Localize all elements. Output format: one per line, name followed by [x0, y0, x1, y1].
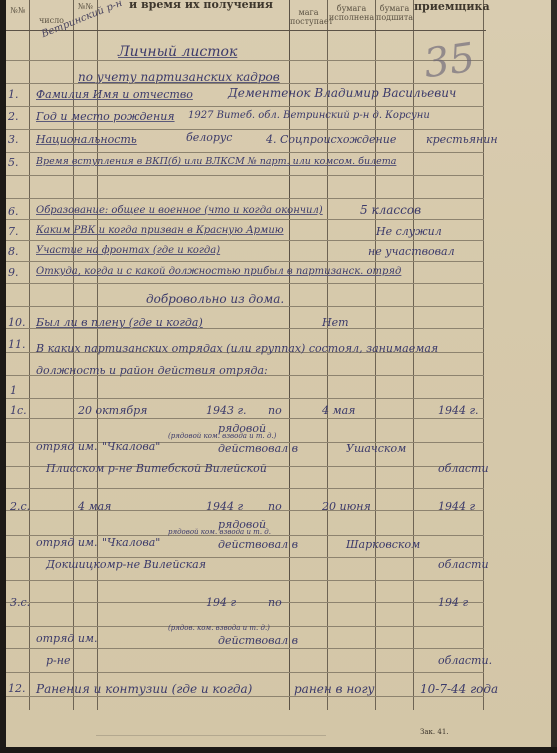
- field-value-social-origin: крестьянин: [426, 133, 498, 146]
- service-from-day: 20 октября: [78, 404, 147, 417]
- ruled-line: [6, 261, 484, 262]
- service-to-word: по: [268, 404, 282, 417]
- header-col-enters: мага поступает: [290, 8, 327, 26]
- field-label-captivity: Был ли в плену (где и когда): [36, 316, 203, 329]
- service-to-day: 20 июня: [322, 500, 371, 513]
- field-number: 3.: [8, 133, 19, 146]
- ruled-line: [6, 306, 484, 307]
- service-marker: 3.с.: [10, 596, 30, 609]
- service-to-word: по: [268, 500, 282, 513]
- header-col-title: и время их получения: [126, 0, 276, 9]
- document-page: №№ число №№ и время их получения мага по…: [6, 0, 551, 748]
- field-value-birth: 1927 Витеб. обл. Ветринский р-н д. Корсу…: [188, 110, 430, 121]
- field-number: 10.: [8, 316, 26, 329]
- field-value-fullname: Дементенок Владимир Васильевич: [228, 86, 456, 100]
- faint-rule: [96, 735, 326, 736]
- field-label-nationality: Национальность: [36, 133, 137, 146]
- ruled-line: [6, 418, 484, 419]
- scan-left-border: [0, 0, 6, 753]
- document-subtitle: по учету партизанских кадров: [78, 70, 280, 84]
- ruled-line: [6, 129, 484, 130]
- field-value-fronts: не участвовал: [368, 245, 455, 258]
- service-position-hint: рядовой ком. взвода и т. д.: [168, 528, 271, 536]
- field-value-conscription: Не служил: [376, 225, 442, 238]
- ruled-line: [6, 648, 484, 649]
- service-area-district: Ушачском: [346, 442, 406, 455]
- scan-right-border: [551, 0, 557, 753]
- field-number: 7.: [8, 225, 19, 238]
- service-area-region: Докшицкомр-не Вилейская: [46, 558, 206, 571]
- header-col-filed: бумага подшита: [376, 4, 413, 22]
- field-value-wounds-date: 10-7-44 года: [420, 682, 498, 696]
- service-acted-in: действовал в: [218, 538, 298, 551]
- service-to-day: 4 мая: [322, 404, 355, 417]
- service-area-district: Шарковском: [346, 538, 420, 551]
- field-number: 9.: [8, 266, 19, 279]
- service-to-year: 194 г: [438, 596, 468, 609]
- field-number: 1.: [8, 88, 19, 101]
- order-number: Зак. 41.: [420, 728, 449, 736]
- service-unit-prefix: отряд им.: [36, 632, 98, 645]
- field-label-wounds: Ранения и контузии (где и когда): [36, 682, 252, 696]
- field-number: 11.: [8, 338, 26, 351]
- service-to-year: 1944 г.: [438, 404, 479, 417]
- field-label-conscription: Каким РВК и когда призван в Красную Арми…: [36, 225, 284, 236]
- header-col-number: №№: [8, 6, 28, 15]
- service-marker: 1с.: [10, 404, 27, 417]
- service-acted-in: действовал в: [218, 634, 298, 647]
- field-value-captivity: Нет: [322, 316, 349, 329]
- field-label-detachments: В каких партизанских отрядах (или группа…: [36, 338, 496, 382]
- service-from-year: 1943 г.: [206, 404, 247, 417]
- field-label-arrival: Откуда, когда и с какой должностью прибы…: [36, 266, 401, 277]
- ruled-line: [6, 240, 484, 241]
- header-col-receiver: приемщика: [414, 2, 483, 11]
- field-number: 6.: [8, 205, 19, 218]
- header-divider: [6, 30, 486, 31]
- ruled-line: [6, 175, 484, 176]
- service-to-word: по: [268, 596, 282, 609]
- ruled-line: [6, 198, 484, 199]
- service-area-region: Плисском р-не Витебской Вилейской: [46, 462, 267, 475]
- ruled-line: [6, 283, 484, 284]
- service-from-year: 194 г: [206, 596, 236, 609]
- service-marker: 2.с.: [10, 500, 30, 513]
- service-unit-prefix: отряд им.: [36, 440, 98, 453]
- scan-bottom-border: [0, 747, 557, 753]
- ruled-line: [6, 580, 484, 581]
- service-oblast: области: [438, 558, 489, 571]
- field-label-education: Образование: общее и военное (что и когд…: [36, 205, 323, 216]
- field-value-education: 5 классов: [360, 203, 421, 217]
- service-acted-in: действовал в: [218, 442, 298, 455]
- ruled-line: [6, 488, 484, 489]
- service-oblast: области: [438, 462, 489, 475]
- service-from-day: 4 мая: [78, 500, 111, 513]
- ruled-line: [6, 398, 484, 399]
- field-value-detachments: 1: [10, 384, 17, 397]
- service-from-year: 1944 г: [206, 500, 243, 513]
- ruled-line: [6, 152, 484, 153]
- ruled-line: [6, 106, 484, 107]
- ruled-line: [6, 696, 484, 697]
- field-number: 12.: [8, 682, 26, 695]
- field-value-arrival: добровольно из дома.: [146, 292, 284, 306]
- archive-number: 35: [421, 35, 478, 88]
- service-unit-name: "Чкалова": [102, 440, 160, 453]
- field-number: 2.: [8, 110, 19, 123]
- field-label-fullname: Фамилия Имя и отчество: [36, 88, 193, 101]
- field-value-nationality: белорус: [186, 131, 232, 144]
- field-value-wounds: ранен в ногу: [294, 682, 375, 696]
- service-position-hint: (рядов. ком. взвода и т. д.): [168, 624, 270, 632]
- field-number: 5.: [8, 156, 19, 169]
- service-position-hint: (рядовой ком. взвода и т. д.): [168, 432, 276, 440]
- ruled-line: [6, 672, 484, 673]
- field-number: 8.: [8, 245, 19, 258]
- header-col-executed: бумага исполнена: [328, 4, 375, 22]
- field-label-fronts: Участие на фронтах (где и когда): [36, 245, 220, 256]
- service-unit-name: "Чкалова": [102, 536, 160, 549]
- service-oblast: области.: [438, 654, 492, 667]
- ruled-line: [6, 602, 484, 603]
- ruled-line: [6, 60, 484, 61]
- field-label-birth: Год и место рождения: [36, 110, 175, 123]
- service-unit-prefix: отряд им.: [36, 536, 98, 549]
- service-to-year: 1944 г: [438, 500, 475, 513]
- document-title: Личный листок: [118, 44, 237, 60]
- service-area-region: р-не: [46, 654, 71, 667]
- field-label-party: Время вступления в ВКП(б) или ВЛКСМ № па…: [36, 156, 396, 167]
- ruled-line: [6, 219, 484, 220]
- field-label-social-origin: 4. Соцпроисхождение: [266, 133, 396, 146]
